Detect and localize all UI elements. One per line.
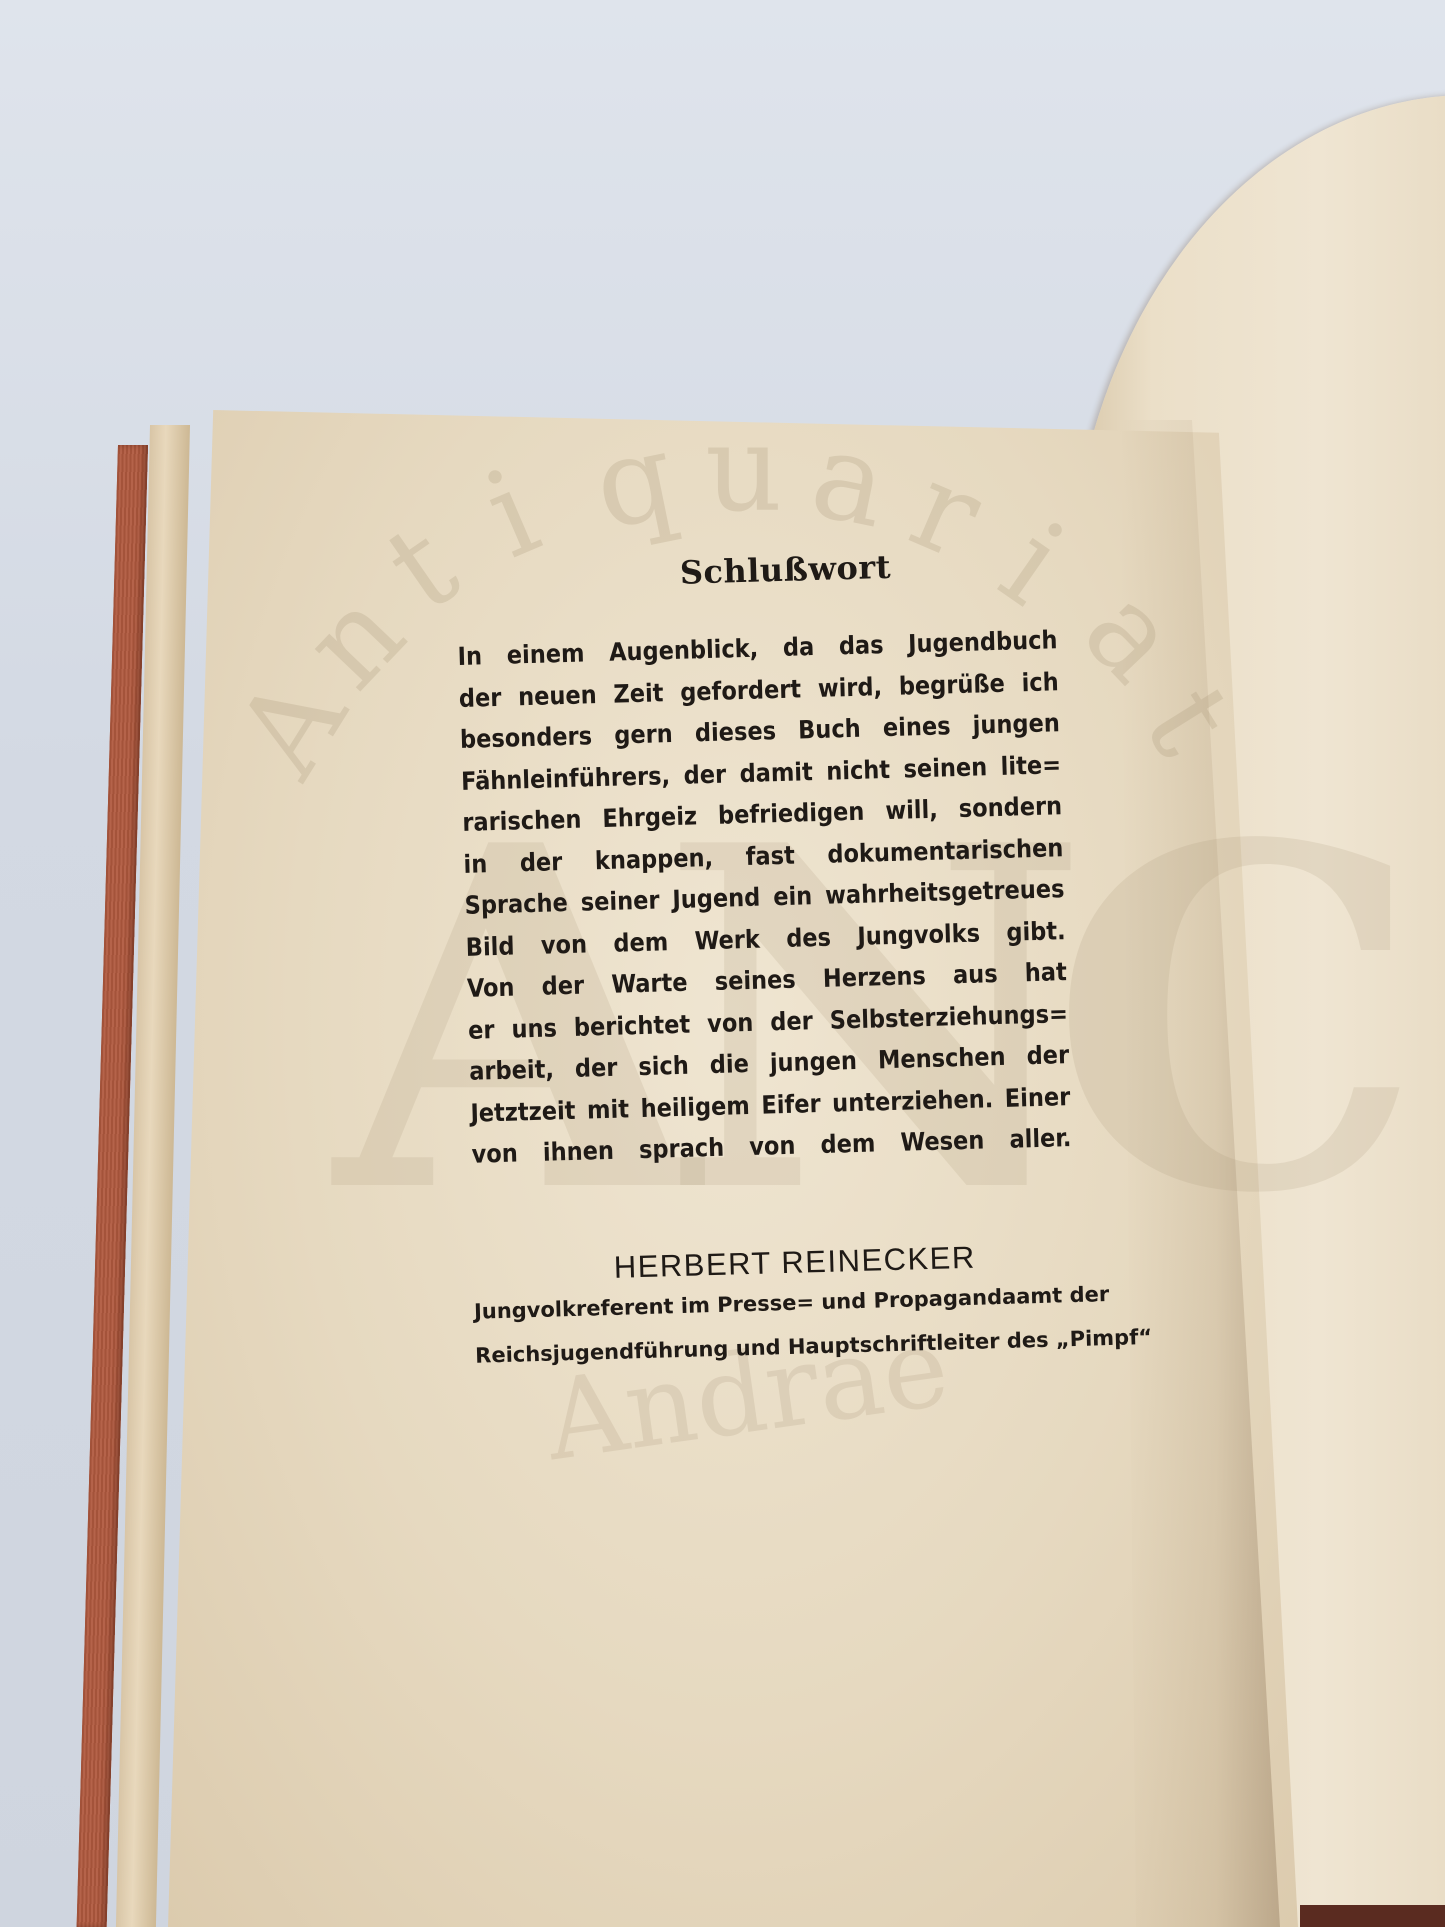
book-cover-bottom <box>1300 1905 1445 1927</box>
watermark-letter: u <box>705 400 788 539</box>
page-text: Schlußwort In einem Augenblick, da das J… <box>455 543 1098 1377</box>
author-affiliation: Jungvolkreferent im Presse= und Propagan… <box>475 1272 1097 1377</box>
book-photo: Antiquariat ANC Andrae Schlußwort In ein… <box>0 0 1445 1927</box>
body-paragraph: In einem Augenblick, da das Jugendbuch d… <box>457 619 1092 1176</box>
